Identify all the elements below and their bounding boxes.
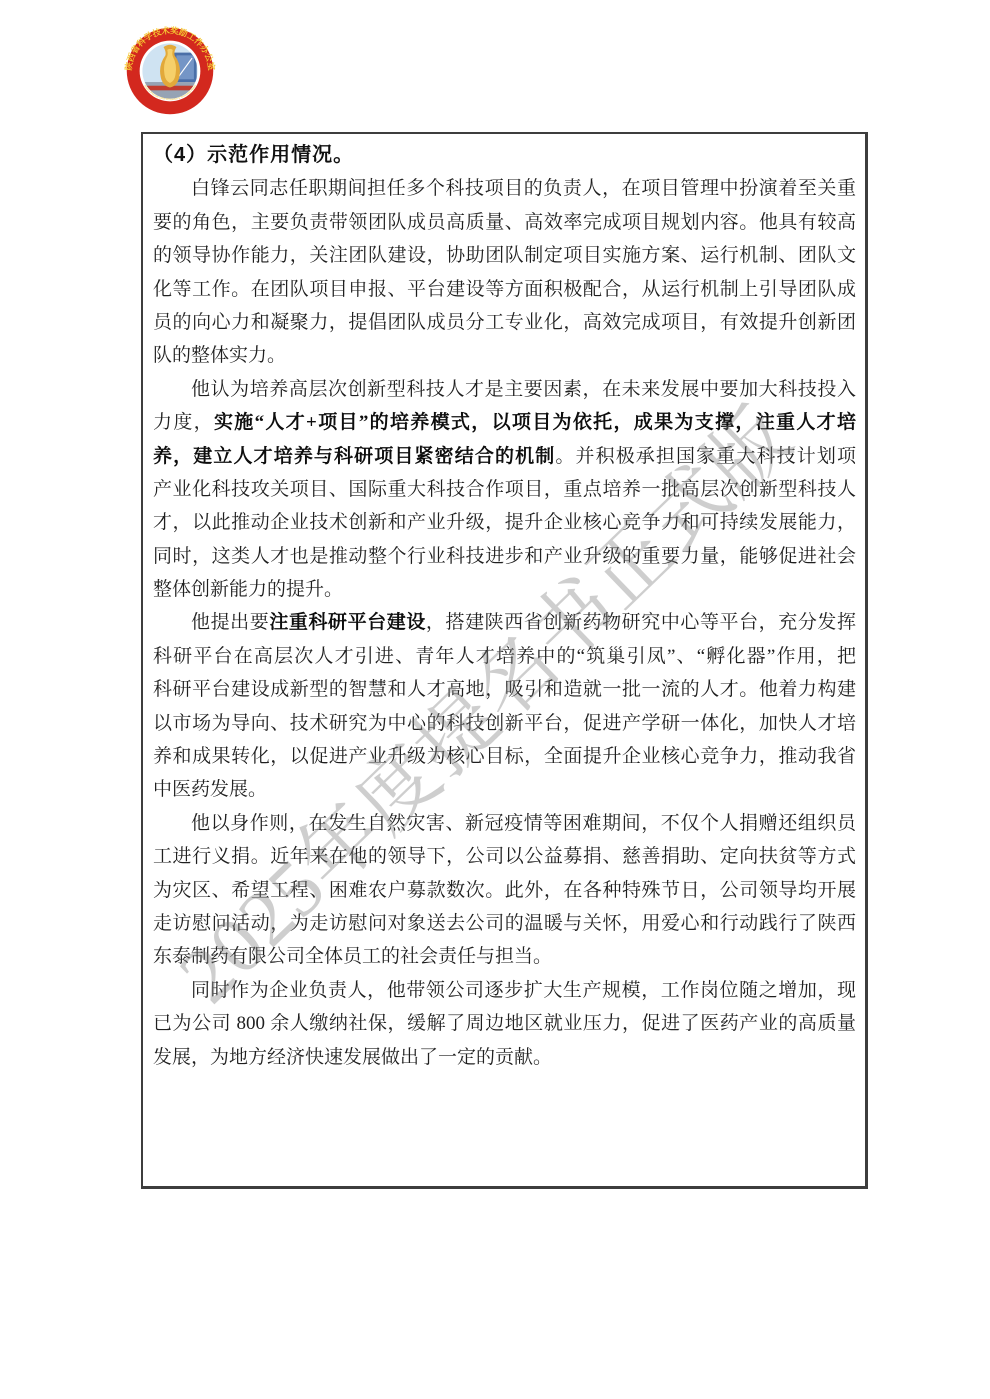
text-segment: 中医药发展。 (153, 779, 267, 800)
text-segment: 他提出要 (191, 612, 269, 633)
bold-text-segment: 注重科研平台建设 (269, 612, 426, 633)
text-segment: ，搭建陕西省创新药物研究中心等平台，充分发挥 (426, 612, 856, 633)
text-segment: 工进行义捐。近年来在他的领导下，公司以公益募捐、慈善捐助、定向扶贫等方式 (153, 846, 856, 867)
document-lines: 白锋云同志任职期间担任多个科技项目的负责人，在项目管理中扮演着至关重要的角色，主… (153, 172, 856, 1074)
text-segment: 员的向心力和凝聚力，提倡团队成员分工专业化，高效完成项目，有效提升创新团 (153, 312, 856, 333)
text-line: 走访慰问活动，为走访慰问对象送去公司的温暖与关怀，用爱心和行动践行了陕西 (153, 907, 856, 940)
text-segment: 已为公司 800 余人缴纳社保，缓解了周边地区就业压力，促进了医药产业的高质量 (153, 1013, 856, 1034)
text-line: 为灾区、希望工程、困难农户募款数次。此外，在各种特殊节日，公司领导均开展 (153, 874, 856, 907)
text-segment: 以市场为导向、技术研究为中心的科技创新平台，促进产学研一体化，加快人才培 (153, 713, 856, 734)
text-segment: 同时，这类人才也是推动整个行业科技进步和产业升级的重要力量，能够促进社会 (153, 546, 856, 567)
text-line: 的领导协作能力，关注团队建设，协助团队制定项目实施方案、运行机制、团队文 (153, 239, 856, 272)
text-segment: 的领导协作能力，关注团队建设，协助团队制定项目实施方案、运行机制、团队文 (153, 245, 856, 266)
text-segment: 白锋云同志任职期间担任多个科技项目的负责人，在项目管理中扮演着至关重 (191, 178, 856, 199)
bold-text-segment: 实施“人才+项目”的培养模式，以项目为依托，成果为支撑，注重人才培 (214, 412, 856, 433)
text-line: 化等工作。在团队项目申报、平台建设等方面积极配合，从运行机制上引导团队成 (153, 273, 856, 306)
text-segment: 要的角色，主要负责带领团队成员高质量、高效率完成项目规划内容。他具有较高 (153, 212, 856, 233)
text-line: 科研平台建设成新型的智慧和人才高地，吸引和造就一批一流的人才。他着力构建 (153, 673, 856, 706)
text-line: 才，以此推动企业技术创新和产业升级，提升企业核心竞争力和可持续发展能力， (153, 506, 856, 539)
text-line: 发展，为地方经济快速发展做出了一定的贡献。 (153, 1041, 856, 1074)
text-line: 养，建立人才培养与科研项目紧密结合的机制。并积极承担国家重大科技计划项目、 (153, 440, 856, 473)
text-line: 中医药发展。 (153, 773, 856, 806)
text-segment: 整体创新能力的提升。 (153, 579, 343, 600)
text-line: 他以身作则，在发生自然灾害、新冠疫情等困难期间，不仅个人捐赠还组织员 (153, 807, 856, 840)
text-line: 整体创新能力的提升。 (153, 573, 856, 606)
text-segment: 产业化科技攻关项目、国际重大科技合作项目，重点培养一批高层次创新型科技人 (153, 479, 856, 500)
text-segment: 养和成果转化，以促进产业升级为核心目标，全面提升企业核心竞争力，推动我省 (153, 746, 856, 767)
text-line: 他提出要注重科研平台建设，搭建陕西省创新药物研究中心等平台，充分发挥 (153, 606, 856, 639)
text-segment: 科研平台在高层次人才引进、青年人才培养中的“筑巢引凤”、“孵化器”作用，把 (153, 646, 856, 667)
text-line: 同时，这类人才也是推动整个行业科技进步和产业升级的重要力量，能够促进社会 (153, 540, 856, 573)
text-segment: 力度， (153, 412, 214, 433)
text-line: 产业化科技攻关项目、国际重大科技合作项目，重点培养一批高层次创新型科技人 (153, 473, 856, 506)
text-segment: 他以身作则，在发生自然灾害、新冠疫情等困难期间，不仅个人捐赠还组织员 (191, 813, 856, 834)
text-segment: 发展，为地方经济快速发展做出了一定的贡献。 (153, 1047, 552, 1068)
text-line: 他认为培养高层次创新型科技人才是主要因素，在未来发展中要加大科技投入 (153, 373, 856, 406)
text-line: 白锋云同志任职期间担任多个科技项目的负责人，在项目管理中扮演着至关重 (153, 172, 856, 205)
text-line: 要的角色，主要负责带领团队成员高质量、高效率完成项目规划内容。他具有较高 (153, 206, 856, 239)
text-segment: 同时作为企业负责人，他带领公司逐步扩大生产规模，工作岗位随之增加，现 (191, 980, 856, 1001)
text-segment: 才，以此推动企业技术创新和产业升级，提升企业核心竞争力和可持续发展能力， (153, 512, 856, 533)
text-segment: 化等工作。在团队项目申报、平台建设等方面积极配合，从运行机制上引导团队成 (153, 279, 856, 300)
org-seal-logo: 陕西省科学技术奖励工作办公室 Shaanxi Province Office O… (124, 25, 216, 117)
text-line: 队的整体实力。 (153, 339, 856, 372)
text-line: 以市场为导向、技术研究为中心的科技创新平台，促进产学研一体化，加快人才培 (153, 707, 856, 740)
text-segment: 他认为培养高层次创新型科技人才是主要因素，在未来发展中要加大科技投入 (191, 379, 856, 400)
text-segment: 科研平台建设成新型的智慧和人才高地，吸引和造就一批一流的人才。他着力构建 (153, 679, 856, 700)
text-line: 力度，实施“人才+项目”的培养模式，以项目为依托，成果为支撑，注重人才培 (153, 406, 856, 439)
text-segment: 东泰制药有限公司全体员工的社会责任与担当。 (153, 946, 552, 967)
text-line: 同时作为企业负责人，他带领公司逐步扩大生产规模，工作岗位随之增加，现 (153, 974, 856, 1007)
text-line: 已为公司 800 余人缴纳社保，缓解了周边地区就业压力，促进了医药产业的高质量 (153, 1007, 856, 1040)
text-segment: 走访慰问活动，为走访慰问对象送去公司的温暖与关怀，用爱心和行动践行了陕西 (153, 913, 856, 934)
document-table-cell: （4）示范作用情况。 白锋云同志任职期间担任多个科技项目的负责人，在项目管理中扮… (141, 132, 868, 1189)
text-line: 养和成果转化，以促进产业升级为核心目标，全面提升企业核心竞争力，推动我省 (153, 740, 856, 773)
section-title: （4）示范作用情况。 (153, 139, 856, 172)
text-segment: 为灾区、希望工程、困难农户募款数次。此外，在各种特殊节日，公司领导均开展 (153, 880, 856, 901)
page-root: 陕西省科学技术奖励工作办公室 Shaanxi Province Office O… (0, 0, 990, 1399)
text-line: 东泰制药有限公司全体员工的社会责任与担当。 (153, 940, 856, 973)
bold-text-segment: 养，建立人才培养与科研项目紧密结合的机制 (153, 446, 555, 467)
seal-graphic: 陕西省科学技术奖励工作办公室 Shaanxi Province Office O… (124, 25, 216, 117)
text-line: 工进行义捐。近年来在他的领导下，公司以公益募捐、慈善捐助、定向扶贫等方式 (153, 840, 856, 873)
text-segment: 队的整体实力。 (153, 345, 286, 366)
text-line: 科研平台在高层次人才引进、青年人才培养中的“筑巢引凤”、“孵化器”作用，把 (153, 640, 856, 673)
text-line: 员的向心力和凝聚力，提倡团队成员分工专业化，高效完成项目，有效提升创新团 (153, 306, 856, 339)
